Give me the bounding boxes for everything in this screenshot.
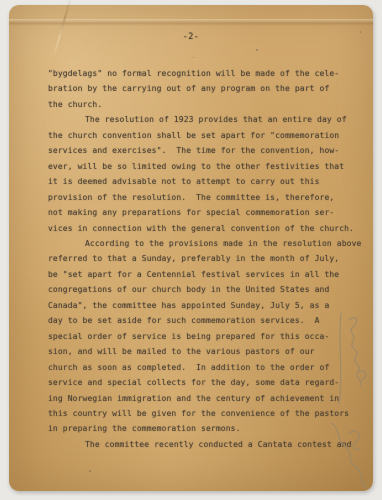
text-line: congregations of our church body in the … xyxy=(48,282,360,297)
text-line: this country will be given for the conve… xyxy=(48,406,360,421)
page-number: -2- xyxy=(9,32,373,42)
text-line: not making any preparations for special … xyxy=(48,205,360,220)
text-line: According to the provisions made in the … xyxy=(48,236,360,251)
horizontal-crease xyxy=(9,19,373,26)
text-line: it is deemed advisable not to attempt to… xyxy=(48,174,360,189)
typewritten-text-block: "bygdelags" no formal recognition will b… xyxy=(48,66,360,452)
text-line: sion, and will be mailed to the various … xyxy=(48,344,360,359)
text-line: "bygdelags" no formal recognition will b… xyxy=(48,66,360,81)
text-line: day to be set aside for such commemorati… xyxy=(48,313,360,328)
text-line: provision of the resolution. The committ… xyxy=(48,190,360,205)
text-line: be "set apart for a Centennial festival … xyxy=(48,267,360,282)
scanned-document-screenshot: { "document": { "page_number": "-2-", "l… xyxy=(0,0,382,500)
text-line: referred to that a Sunday, preferably in… xyxy=(48,251,360,266)
text-line: vices in connection with the general con… xyxy=(48,221,360,236)
text-line: bration by the carrying out of any progr… xyxy=(48,81,360,96)
paper-speck xyxy=(193,57,194,58)
paper-speck xyxy=(89,470,91,472)
text-line: service and special collects for the day… xyxy=(48,375,360,390)
text-line: The committee recently conducted a Canta… xyxy=(48,437,360,452)
text-line: services and exercises". The time for th… xyxy=(48,143,360,158)
text-line: special order of service is being prepar… xyxy=(48,329,360,344)
paper-speck xyxy=(256,49,258,51)
text-line: ing Norwegian immigration and the centur… xyxy=(48,391,360,406)
diagonal-crease xyxy=(52,0,71,58)
text-line: ever, will be so limited owing to the ot… xyxy=(48,159,360,174)
document-page: -2- "bygdelags" no formal recognition wi… xyxy=(9,5,373,491)
text-line: church as soon as completed. In addition… xyxy=(48,360,360,375)
text-line: the church convention shall be set apart… xyxy=(48,128,360,143)
text-line: in preparing the commemoration sermons. xyxy=(48,421,360,436)
text-line: the church. xyxy=(48,97,360,112)
text-line: Canada", the committee has appointed Sun… xyxy=(48,298,360,313)
text-line: The resolution of 1923 provides that an … xyxy=(48,112,360,127)
